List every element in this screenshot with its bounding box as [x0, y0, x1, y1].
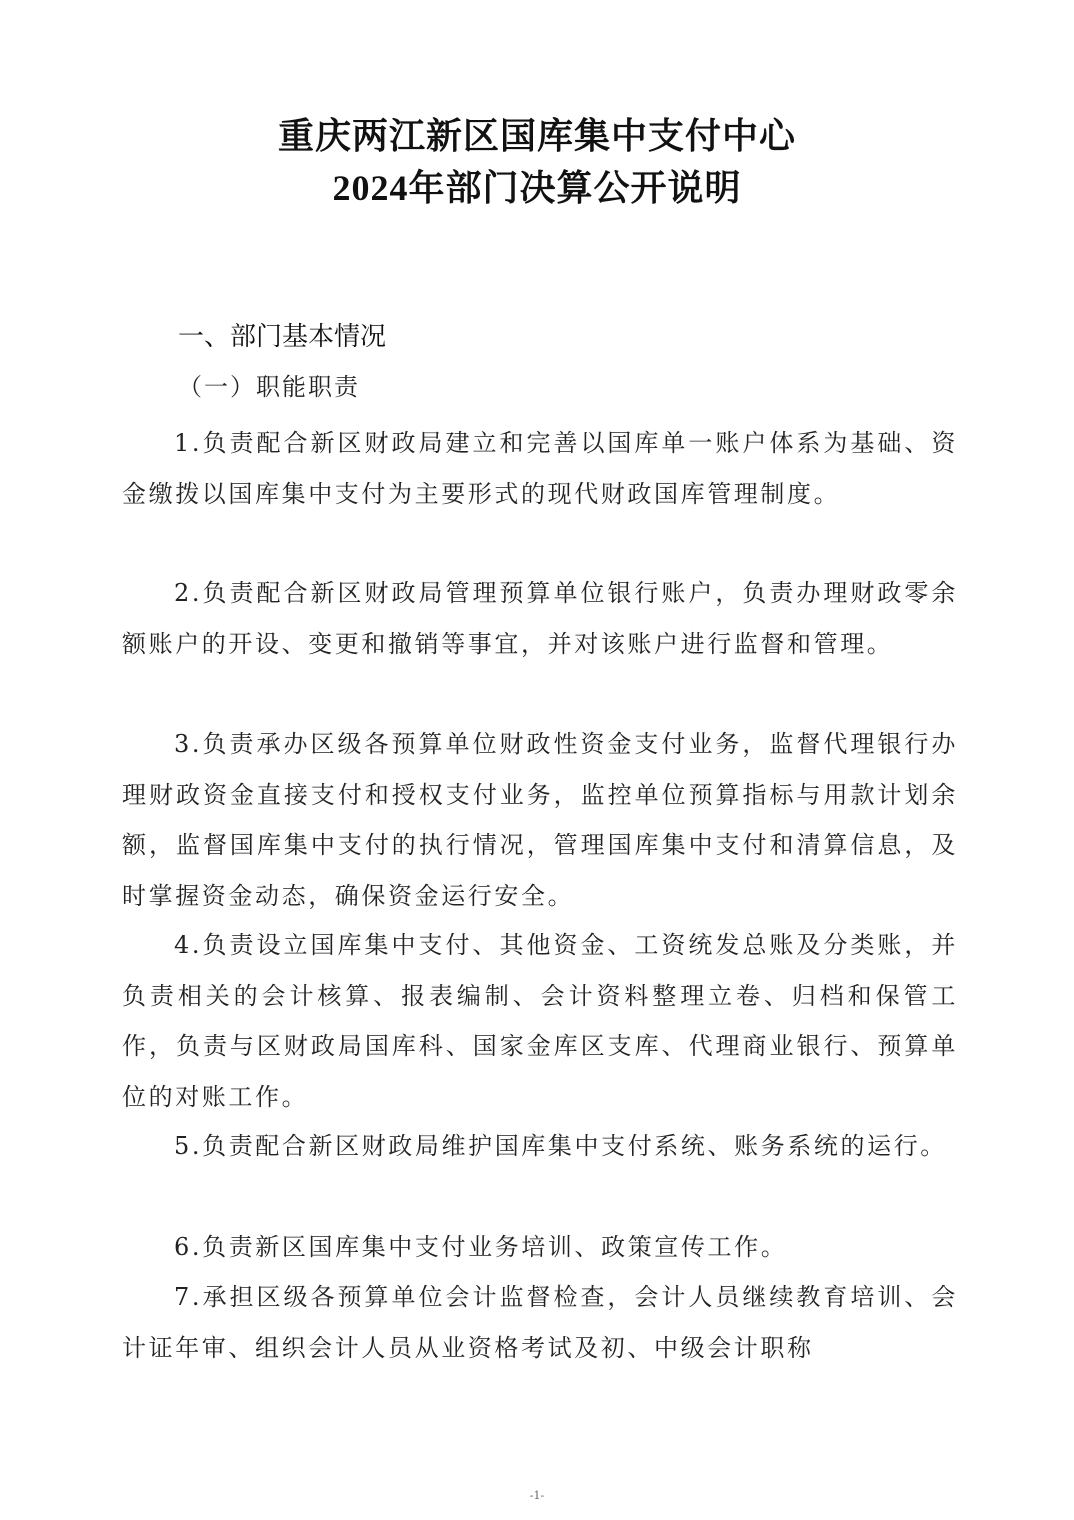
paragraph-5: 5.负责配合新区财政局维护国库集中支付系统、账务系统的运行。: [122, 1121, 958, 1172]
paragraph-2: 2.负责配合新区财政局管理预算单位银行账户，负责办理财政零余额账户的开设、变更和…: [122, 568, 958, 669]
document-title-line2: 2024年部门决算公开说明: [0, 160, 1074, 211]
page-number: -1-: [0, 1489, 1074, 1502]
paragraph-4: 4.负责设立国库集中支付、其他资金、工资统发总账及分类账，并负责相关的会计核算、…: [122, 920, 958, 1122]
paragraph-3: 3.负责承办区级各预算单位财政性资金支付业务，监督代理银行办理财政资金直接支付和…: [122, 719, 958, 921]
section-heading: 一、部门基本情况: [178, 316, 386, 353]
paragraph-6: 6.负责新区国库集中支付业务培训、政策宣传工作。: [122, 1222, 958, 1273]
paragraph-1: 1.负责配合新区财政局建立和完善以国库单一账户体系为基础、资金缴拨以国库集中支付…: [122, 418, 958, 519]
paragraph-7: 7.承担区级各预算单位会计监督检查，会计人员继续教育培训、会计证年审、组织会计人…: [122, 1272, 958, 1373]
subsection-heading: （一）职能职责: [178, 367, 360, 402]
document-title-line1: 重庆两江新区国库集中支付中心: [0, 108, 1074, 159]
